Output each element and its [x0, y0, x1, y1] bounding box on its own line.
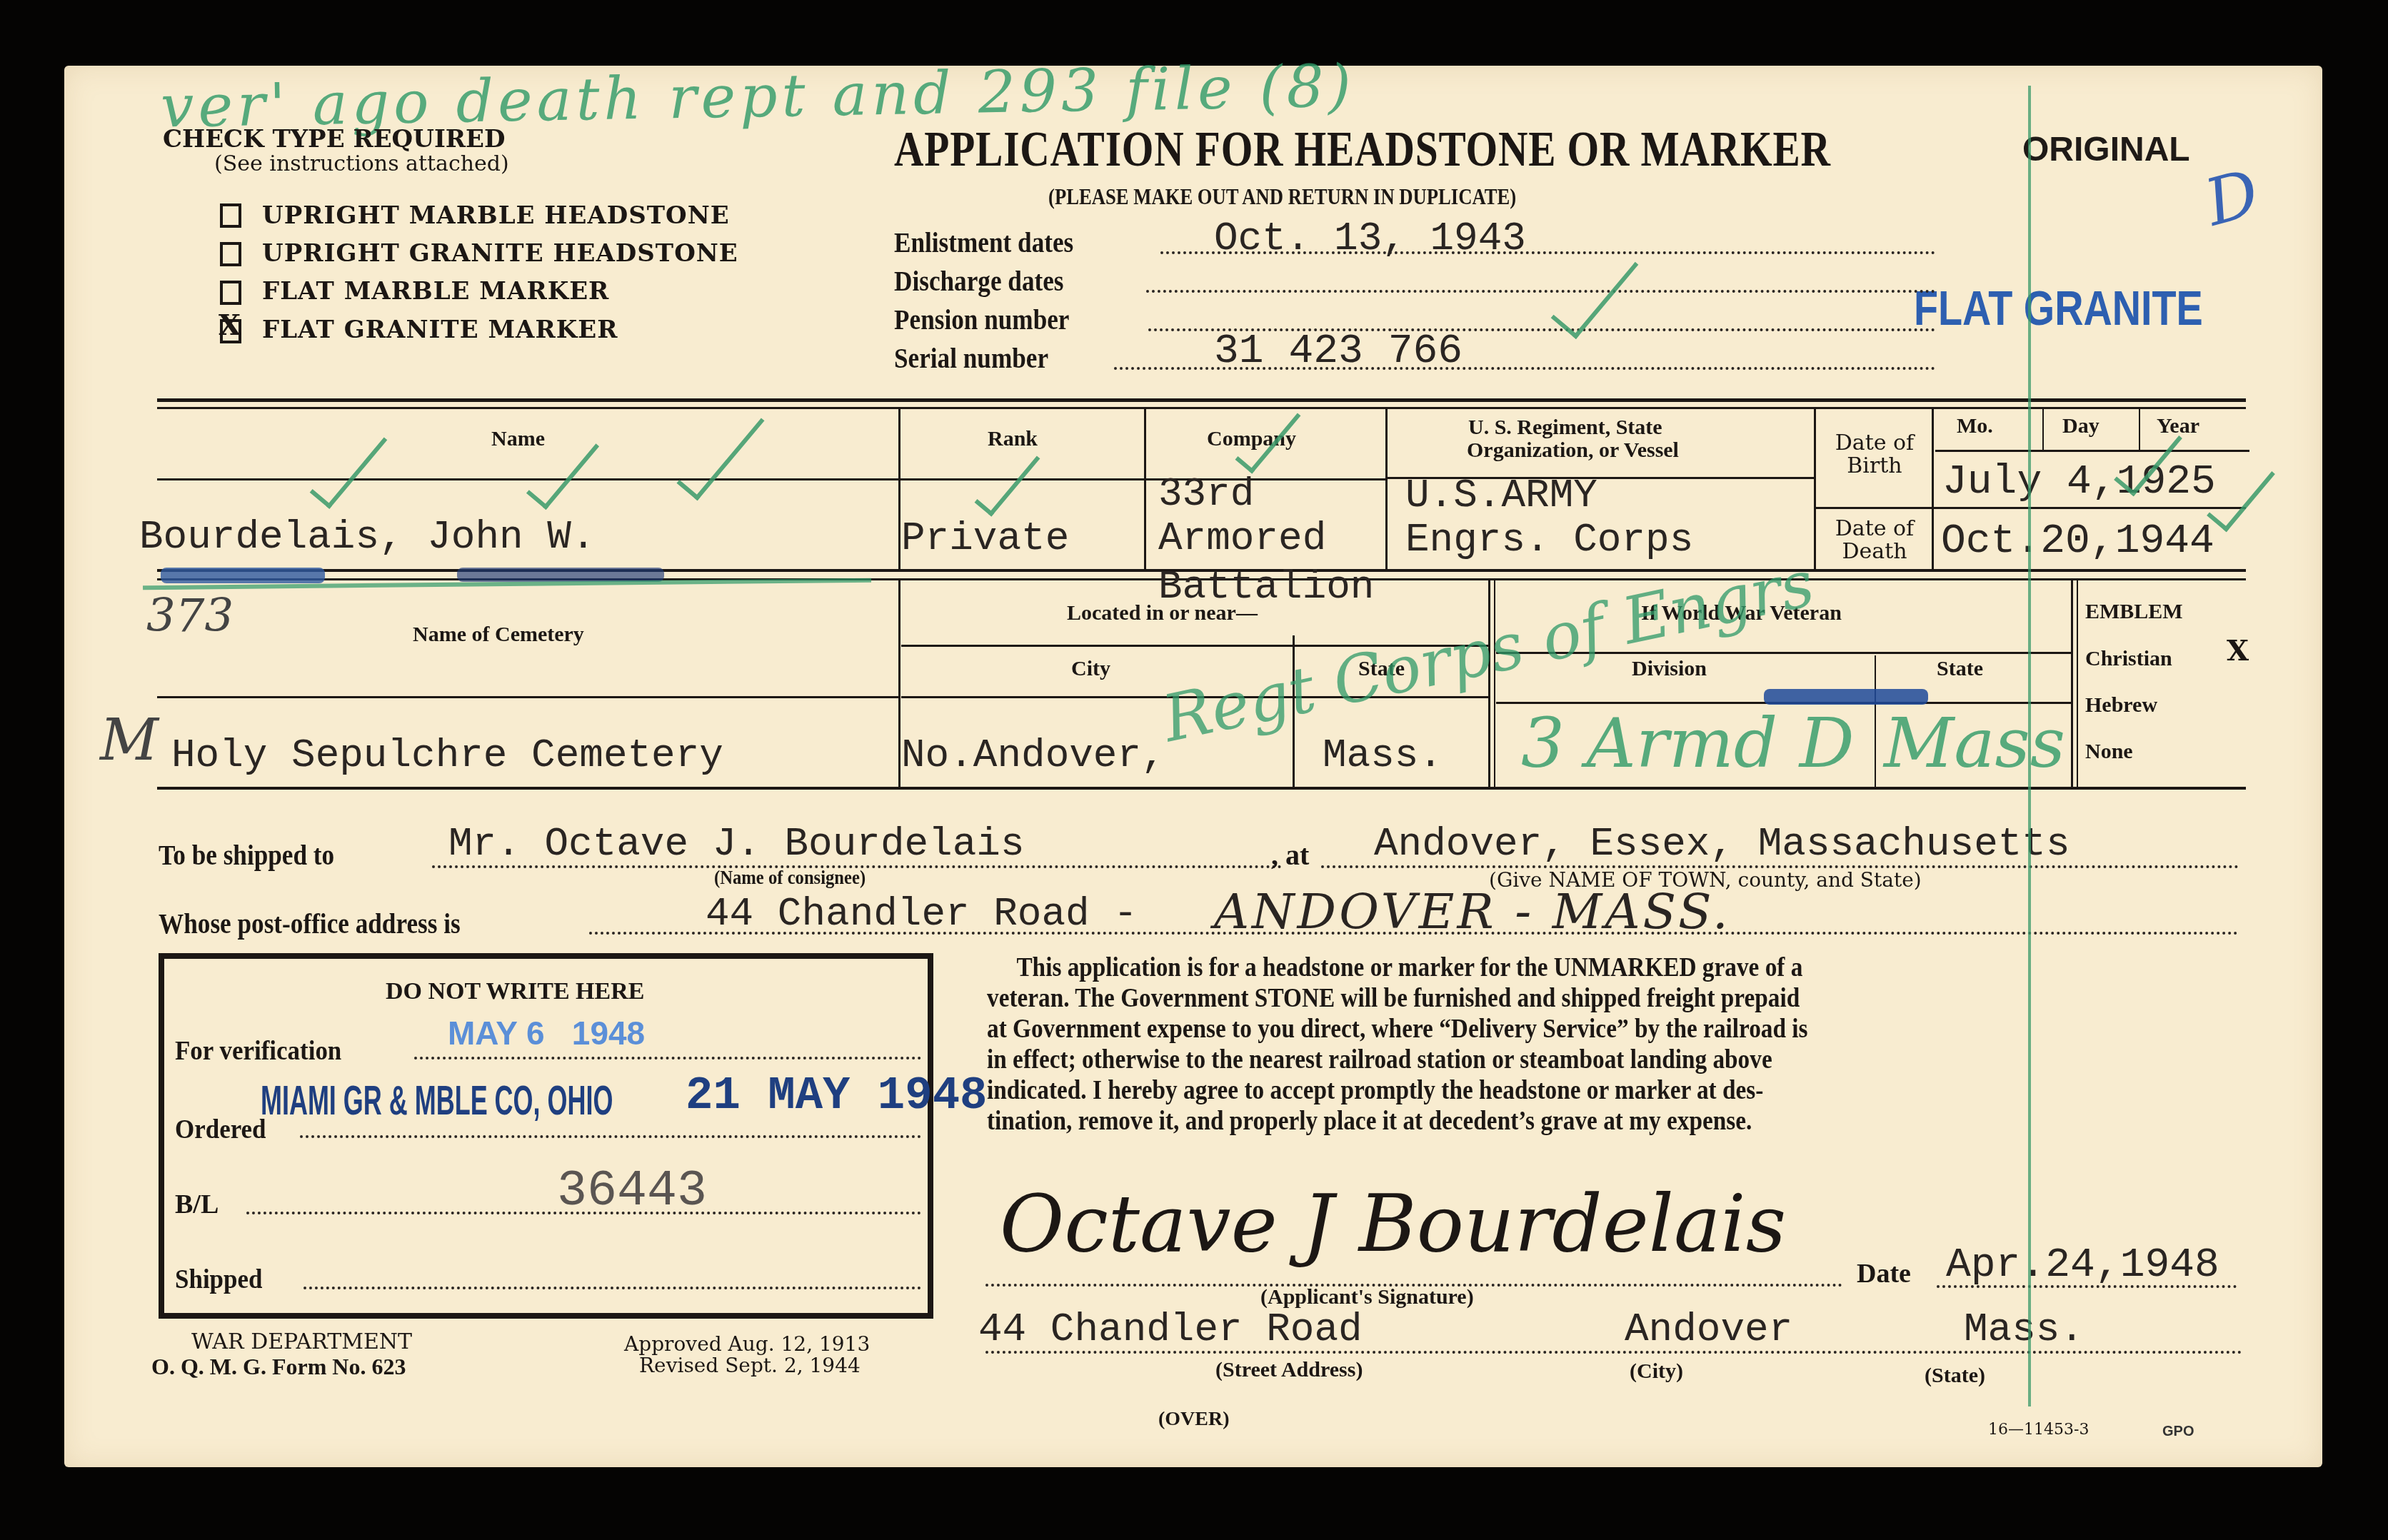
do-not-write-heading: DO NOT WRITE HERE [386, 978, 644, 1005]
print-code: 16—11453-3 [1988, 1421, 2089, 1439]
over-label: (OVER) [1158, 1408, 1230, 1431]
verification-stamp: MAY 6 1948 [448, 1014, 645, 1052]
ship-to-value[interactable]: Mr. Octave J. Bourdelais [448, 821, 1025, 867]
ordered-label: Ordered [175, 1114, 266, 1145]
discharge-line[interactable] [1146, 290, 1935, 293]
flat-granite-stamp: FLAT GRANITE [1914, 281, 2203, 336]
cemetery-city[interactable]: No.Andover, [901, 733, 1165, 778]
serial-label: Serial number [894, 341, 1048, 375]
header-cemetery: Name of Cemetery [413, 623, 584, 647]
option-label: UPRIGHT MARBLE HEADSTONE [262, 201, 730, 230]
verification-line [414, 1057, 921, 1060]
col-divider [2042, 408, 2044, 450]
address-line [985, 1351, 2242, 1354]
street-address-value[interactable]: 44 Chandler Road [978, 1307, 1363, 1352]
emblem-hebrew[interactable]: Hebrew [2085, 693, 2157, 718]
po-value[interactable]: 44 Chandler Road - [706, 891, 1138, 937]
table-top-border [157, 398, 2246, 402]
col-divider [898, 407, 900, 571]
serial-value[interactable]: 31 423 766 [1214, 328, 1463, 375]
col-divider [1875, 655, 1876, 787]
date-of-death-value[interactable]: Oct.20,1944 [1941, 518, 2214, 565]
blue-pencil-strike [1764, 689, 1928, 705]
pension-label: Pension number [894, 303, 1069, 336]
approved-date: Approved Aug. 12, 1913 [624, 1332, 870, 1356]
header-day: Day [2062, 414, 2099, 438]
at-value[interactable]: Andover, Essex, Massachusetts [1374, 821, 2070, 867]
agreement-line: at Government expense to you direct, whe… [987, 1014, 1808, 1045]
signature-caption: (Applicant's Signature) [1260, 1285, 1474, 1309]
cemetery-name[interactable]: Holy Sepulchre Cemetery [171, 733, 723, 778]
handwritten-ww-state: Mass [1884, 703, 2065, 783]
date-of-birth-value[interactable]: July 4,1925 [1942, 459, 2216, 505]
city-value[interactable]: Andover [1625, 1307, 1792, 1352]
blue-pencil-strike [161, 568, 325, 583]
option-label: UPRIGHT GRANITE HEADSTONE [262, 239, 738, 268]
veteran-name[interactable]: Bourdelais, John W. [139, 514, 596, 560]
header-located: Located in or near— [1067, 601, 1258, 625]
col-divider [2071, 580, 2073, 787]
date-value[interactable]: Apr.24,1948 [1946, 1242, 2219, 1289]
at-label: , at [1271, 838, 1309, 872]
check-type-subheading: (See instructions attached) [214, 151, 509, 176]
date-label: Date [1857, 1258, 1911, 1289]
agreement-line: This application is for a headstone or m… [987, 952, 1808, 983]
war-department: WAR DEPARTMENT [191, 1329, 412, 1354]
dob-label-1: Date of [1835, 431, 1914, 456]
date-header-divider [1935, 450, 2249, 452]
check-type-heading: CHECK TYPE REQUIRED [163, 125, 505, 154]
shipped-label: Shipped [175, 1264, 262, 1295]
col-divider [1814, 408, 1816, 571]
agreement-line: indicated. I hereby agree to accept prom… [987, 1075, 1808, 1106]
blue-pencil-strike [457, 568, 664, 582]
printer-mark: GPO [2162, 1424, 2194, 1440]
upright-granite-checkbox[interactable] [220, 242, 241, 266]
checkbox-x-mark: X [219, 308, 241, 342]
header-date-of-birth: Date ofBirth [1825, 432, 1925, 478]
dod-label-2: Death [1842, 539, 1907, 564]
applicant-signature[interactable]: Octave J Bourdelais [1000, 1178, 1786, 1269]
emblem-none[interactable]: None [2085, 740, 2133, 764]
header-rank: Rank [988, 427, 1038, 451]
po-handwritten: ANDOVER - MASS. [1214, 884, 1731, 940]
enlistment-value[interactable]: Oct. 13, 1943 [1214, 216, 1526, 261]
emblem-christian-mark: X [2227, 634, 2249, 668]
state-caption: (State) [1925, 1364, 1985, 1388]
header-ww-state: State [1937, 657, 1983, 681]
city-caption: (City) [1630, 1359, 1683, 1384]
consignee-caption: (Name of consignee) [714, 867, 866, 890]
agreement-line: veteran. The Government STONE will be fu… [987, 983, 1808, 1014]
original-label: ORIGINAL [2022, 130, 2190, 169]
regiment-line-2[interactable]: Engrs. Corps [1405, 517, 1693, 563]
header-regiment-2: Organization, or Vessel [1467, 438, 1679, 463]
header-month: Mo. [1957, 414, 1993, 438]
agreement-line: in effect; otherwise to the nearest rail… [987, 1045, 1808, 1075]
po-label: Whose post-office address is [159, 907, 461, 940]
agreement-paragraph: This application is for a headstone or m… [987, 952, 1808, 1137]
dob-label-2: Birth [1847, 453, 1902, 478]
veteran-rank[interactable]: Private [901, 515, 1069, 561]
ordered-line [300, 1135, 921, 1138]
handwritten-division: 3 Armd D [1521, 703, 1855, 783]
enlistment-label: Enlistment dates [894, 226, 1073, 259]
emblem-christian[interactable]: Christian [2085, 647, 2172, 671]
ordered-supplier-stamp: MIAMI GR & MBLE CO, OHIO [261, 1077, 613, 1124]
col-divider [898, 580, 900, 787]
col-divider [2077, 580, 2078, 787]
col-divider [1144, 407, 1146, 571]
header-regiment-1: U. S. Regiment, State [1468, 416, 1662, 440]
col-divider [1385, 407, 1388, 571]
col-divider [2139, 408, 2140, 450]
discharge-label: Discharge dates [894, 264, 1064, 298]
option-label: FLAT MARBLE MARKER [262, 277, 609, 306]
ordered-date-stamp: 21 MAY 1948 [686, 1071, 987, 1122]
agreement-line: tination, remove it, and properly place … [987, 1106, 1808, 1137]
regiment-line-1[interactable]: U.S.ARMY [1405, 473, 1597, 518]
cemetery-state[interactable]: Mass. [1323, 733, 1443, 778]
upright-marble-checkbox[interactable] [220, 203, 241, 228]
flat-marble-checkbox[interactable] [220, 281, 241, 305]
company-line-1[interactable]: 33rd [1158, 471, 1254, 517]
col-divider [1932, 408, 1934, 571]
header-emblem: EMBLEM [2085, 600, 2183, 624]
state-value[interactable]: Mass. [1964, 1307, 2084, 1352]
margin-note-373: 373 [146, 590, 234, 643]
company-line-2[interactable]: Armored [1158, 515, 1326, 561]
form-title: APPLICATION FOR HEADSTONE OR MARKER [894, 121, 1831, 178]
header-date-of-death: Date ofDeath [1825, 518, 1925, 563]
ship-to-label: To be shipped to [159, 838, 334, 872]
form-number: O. Q. M. G. Form No. 623 [151, 1354, 406, 1380]
margin-note-m: M [100, 707, 159, 773]
cemetery-header-divider [157, 696, 900, 698]
verification-label: For verification [175, 1035, 341, 1067]
bl-label: B/L [175, 1189, 219, 1220]
shipped-line[interactable] [303, 1287, 921, 1289]
header-division: Division [1632, 657, 1707, 681]
green-vertical-pencil-line [2028, 86, 2031, 1406]
option-label: FLAT GRANITE MARKER [262, 316, 618, 344]
form-subtitle: (PLEASE MAKE OUT AND RETURN IN DUPLICATE… [1048, 184, 1516, 210]
header-city: City [1071, 657, 1110, 681]
cemetery-bottom-border [157, 787, 2246, 790]
header-name: Name [491, 427, 545, 451]
revised-date: Revised Sept. 2, 1944 [639, 1354, 861, 1377]
street-caption: (Street Address) [1215, 1358, 1363, 1382]
bl-value[interactable]: 36443 [557, 1164, 707, 1220]
dod-label-1: Date of [1835, 516, 1914, 541]
